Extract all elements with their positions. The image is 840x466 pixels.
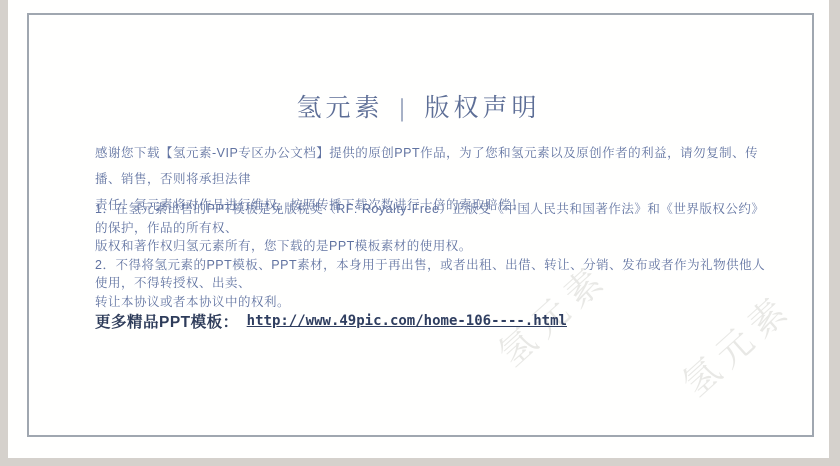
- slide-page: 氢元素 氢元素 氢元素|版权声明 感谢您下载【氢元素-VIP专区办公文档】提供的…: [8, 0, 829, 458]
- template-url-link[interactable]: http://www.49pic.com/home-106----.html: [247, 313, 567, 329]
- slide-title: 氢元素|版权声明: [8, 88, 829, 124]
- terms-item-1: 1．在氢元素出售的PPT模板是免版税类（RF: Royalty-Free）正版受…: [95, 200, 777, 256]
- title-separator: |: [399, 95, 408, 122]
- footer-label: 更多精品PPT模板：: [95, 314, 239, 331]
- footer-row: 更多精品PPT模板：http://www.49pic.com/home-106-…: [95, 310, 567, 332]
- title-section: 版权声明: [425, 95, 541, 122]
- title-brand: 氢元素: [296, 95, 383, 122]
- terms-item-2: 2．不得将氢元素的PPT模板、PPT素材，本身用于再出售，或者出租、出借、转让、…: [95, 256, 777, 312]
- terms-list: 1．在氢元素出售的PPT模板是免版税类（RF: Royalty-Free）正版受…: [95, 200, 777, 311]
